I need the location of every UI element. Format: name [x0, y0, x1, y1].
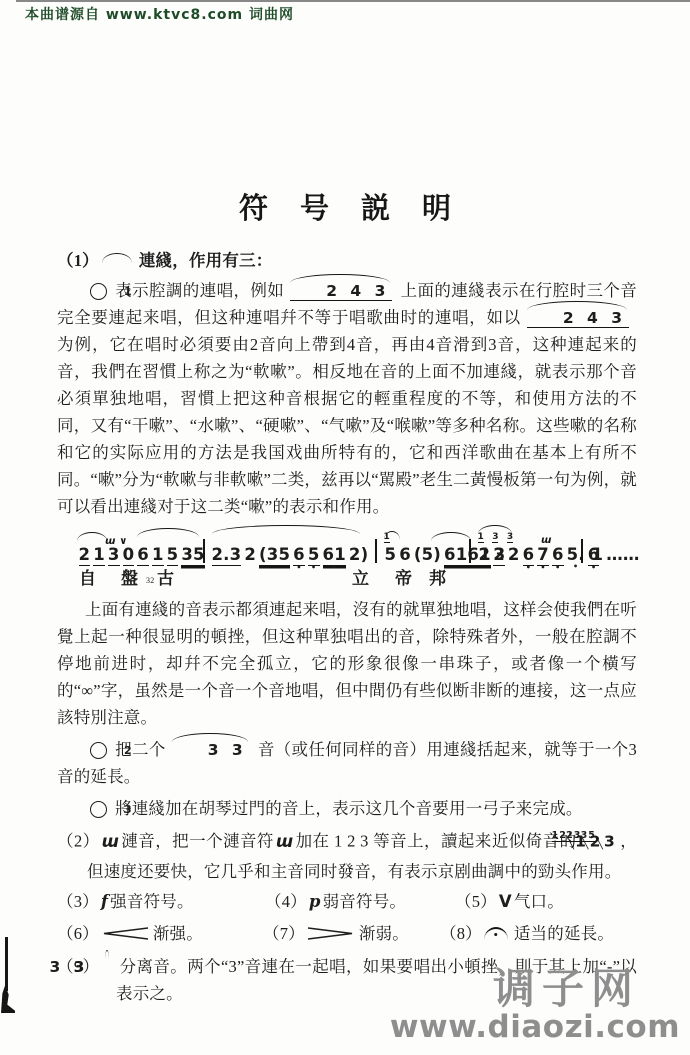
- watermark-url: www.diaozi.com: [390, 1012, 680, 1043]
- lyric-char: 古: [157, 565, 174, 592]
- jianpu-inline-notation: 3 3: [105, 957, 111, 976]
- music-note: 2: [79, 545, 91, 566]
- music-note: 1: [93, 545, 105, 566]
- symbols-row-1: （3）f强音符号。 （4）p弱音符号。 （5）V气口。: [57, 888, 637, 917]
- section-number: （5）: [455, 892, 497, 911]
- barline: [469, 539, 471, 563]
- music-note: 6: [293, 545, 305, 566]
- text-segment: 气口。: [514, 892, 564, 911]
- lyric-char: 立: [352, 565, 369, 592]
- fermata-icon: [484, 927, 508, 941]
- music-note: 35: [181, 545, 204, 566]
- section-number: （4）: [265, 892, 307, 911]
- text-segment: 适当的延長。: [514, 924, 614, 943]
- music-bar: 213061535: [77, 541, 206, 568]
- jianpu-inline-notation: 2 4 3: [290, 281, 392, 301]
- music-note: (35: [259, 545, 290, 566]
- jianpu-inline-notation: 2 4 3: [527, 308, 629, 328]
- music-note: ……: [606, 545, 639, 565]
- ripple-ornament-icon: ɯ: [100, 832, 121, 851]
- music-note: 61: [323, 545, 346, 566]
- slur-arc: [431, 532, 471, 541]
- music-note: 5: [167, 545, 179, 566]
- ink-blot-blob: [1, 985, 15, 1013]
- grace-note-group: 35╲3: [611, 824, 615, 858]
- piano-symbol: p: [307, 892, 323, 911]
- section-1-item-3: 3將連綫加在胡琴过門的音上，表示这几个音要用一弓子来完成。: [57, 795, 637, 822]
- music-note: 2): [349, 545, 368, 565]
- ornament-mark: ɯ: [541, 527, 552, 554]
- watermark-site-name: 调子网: [390, 968, 640, 1010]
- grace-digits: 35: [581, 830, 596, 842]
- bottom-watermark: 调子网 www.diaozi.com: [390, 968, 680, 1043]
- lyric-char: 帝: [395, 565, 412, 592]
- main-digit: 3: [604, 833, 615, 851]
- text-segment: 將連綫加在胡琴过門的音上，表示这几个音要用一弓子来完成。: [115, 799, 583, 818]
- breath-mark-icon: V: [497, 892, 514, 911]
- section-5: （5）V气口。: [455, 888, 564, 915]
- music-note: 6: [137, 545, 149, 566]
- decrescendo-icon: [307, 927, 355, 940]
- text-segment: 为例，它在唱时必須要由2音向上帶到4音，再由4音滑到3音，这种連起来的音，我們在…: [57, 335, 637, 516]
- ink-blot: [1, 937, 17, 1013]
- ornament-mark: ɯ ∨: [105, 528, 128, 555]
- section-number: （6）: [57, 924, 99, 943]
- text-segment: 弱音符号。: [323, 892, 407, 911]
- music-bar: 2.32(3565612): [210, 541, 370, 568]
- music-note: (5): [414, 545, 441, 565]
- tie-icon: ╲: [597, 839, 603, 850]
- section-4: （4）p弱音符号。: [265, 888, 406, 915]
- music-note: 32: [508, 545, 520, 565]
- section-number: （1）: [57, 251, 99, 270]
- scanned-score-page: 本曲谱源自 www.ktvc8.com 词曲网 符号説明 （1）連綫，作用有三：…: [0, 0, 690, 1055]
- circled-number-icon: 1: [90, 283, 107, 300]
- music-note: 6: [399, 545, 411, 565]
- text-segment: 表示腔調的連唱，例如: [115, 281, 284, 300]
- music-line: 2130615352.32(3565612)156(5)616131232326…: [57, 525, 637, 587]
- ink-blot-stem: [5, 937, 8, 991]
- section-2: （2）ɯ漣音，把一个漣音符ɯ加在 1 2 3 等音上，讀起来近似倚音的12╲12…: [57, 824, 637, 885]
- jianpu-inline-notation: 3 3: [172, 740, 250, 759]
- page-title: 符号説明: [0, 186, 690, 227]
- text-segment: 强音符号。: [110, 892, 194, 911]
- ripple-ornament-icon: ɯ: [274, 832, 295, 851]
- music-note: 5: [308, 545, 320, 566]
- forte-symbol: f: [99, 892, 110, 911]
- circled-number-icon: 2: [90, 742, 107, 759]
- top-watermark: 本曲谱源自 www.ktvc8.com 词曲网: [25, 4, 294, 24]
- music-note: 12: [479, 545, 491, 566]
- text-segment: 加在 1 2 3 等音上，讀起来近似倚音的: [295, 832, 576, 851]
- slur-icon: [102, 253, 132, 263]
- text-segment: 渐弱。: [359, 924, 409, 943]
- section-1-para-2: 上面有連綫的音表示都須連起来唱，沒有的就單独地唱，这样会使我們在听覺上起一种很显…: [57, 596, 637, 731]
- heading-text: 連綫，作用有三：: [139, 251, 273, 270]
- music-note: 1: [592, 545, 604, 565]
- barline: [581, 539, 583, 563]
- section-number: （3）: [57, 892, 99, 911]
- section-6: （6）渐强。: [57, 920, 203, 947]
- grace-digits: 23: [566, 830, 581, 842]
- grace-digits: 12: [552, 830, 567, 842]
- symbols-row-2: （6）渐强。 （7）渐弱。 （8）适当的延長。: [57, 920, 637, 949]
- lyric-char: 盤: [121, 565, 138, 592]
- slur-arc: [77, 532, 107, 541]
- lyric-char: 自: [79, 565, 96, 592]
- section-1-heading: （1）連綫，作用有三：: [57, 247, 637, 274]
- music-bar: 1……: [590, 541, 641, 568]
- text-segment: 渐强。: [153, 924, 203, 943]
- section-number: （8）: [440, 924, 482, 943]
- section-number: （7）: [263, 924, 305, 943]
- music-lyrics: 自盤32古立帝邦: [57, 565, 637, 587]
- music-note: 2.3: [212, 545, 242, 566]
- music-note: 6: [523, 545, 535, 566]
- music-note: 1: [152, 545, 164, 566]
- scan-edge-line: [16, 0, 690, 2]
- section-3: （3）f强音符号。: [57, 888, 194, 915]
- music-note: 6: [552, 545, 564, 566]
- crescendo-icon: [101, 927, 149, 940]
- document-body: （1）連綫，作用有三： 1表示腔調的連唱，例如2 4 3上面的連綫表示在行腔时三…: [57, 247, 637, 1007]
- barline: [375, 539, 377, 563]
- section-number: （2）: [57, 832, 100, 851]
- barline: [203, 539, 205, 563]
- text-segment: 把二个: [115, 740, 166, 759]
- section-8: （8）适当的延長。: [440, 920, 614, 947]
- slur-arc: [137, 528, 199, 537]
- lyric-char: 32: [146, 567, 154, 594]
- lyric-char: 邦: [429, 565, 446, 592]
- section-1-item-2: 2把二个3 3音（或任何同样的音）用連綫括起来，就等于一个3音的延長。: [57, 736, 637, 790]
- text-segment: 漣音，把一个漣音符: [121, 832, 274, 851]
- music-note: 15: [385, 545, 397, 565]
- slur-arc: [212, 525, 360, 534]
- section-1-item-1: 1表示腔調的連唱，例如2 4 3上面的連綫表示在行腔时三个音完全要連起来唱，但这…: [57, 277, 637, 520]
- music-note: 32: [493, 545, 505, 566]
- music-note: 2: [244, 545, 256, 565]
- section-7: （7）渐弱。: [263, 920, 409, 947]
- circled-number-icon: 3: [90, 801, 107, 818]
